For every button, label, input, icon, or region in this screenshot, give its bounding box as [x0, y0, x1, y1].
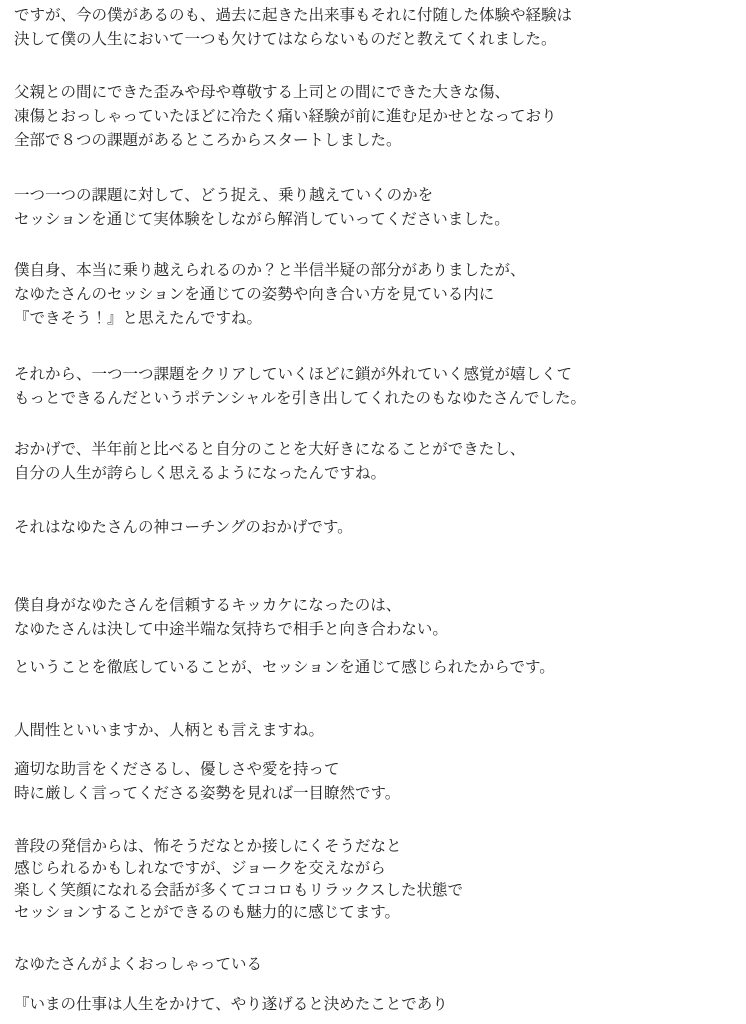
text-line: 一つ一つの課題に対して、どう捉え、乗り越えていくのかを [14, 184, 726, 208]
text-line: 時に厳しく言ってくださる姿勢を見れば一目瞭然です。 [14, 782, 726, 806]
text-line: なゆたさんがよくおっしゃっている [14, 953, 726, 977]
testimonial-document: ですが、今の僕があるのも、過去に起きた出来事もそれに付随した体験や経験は決して僕… [0, 0, 746, 1024]
text-line: 普段の発信からは、怖そうだなとか接しにくそうだなと [14, 836, 726, 858]
paragraph: 人間性といいますか、人柄とも言えますね。 [14, 719, 726, 743]
paragraph: おかげで、半年前と比べると自分のことを大好きになることができたし、自分の人生が誇… [14, 438, 726, 486]
text-line: おかげで、半年前と比べると自分のことを大好きになることができたし、 [14, 438, 726, 462]
text-line: ですが、今の僕があるのも、過去に起きた出来事もそれに付随した体験や経験は [14, 4, 726, 28]
text-line: 楽しく笑顔になれる会話が多くてココロもリラックスした状態で [14, 880, 726, 902]
text-line: 人間性といいますか、人柄とも言えますね。 [14, 719, 726, 743]
text-line: もっとできるんだというポテンシャルを引き出してくれたのもなゆたさんでした。 [14, 387, 726, 411]
paragraph: 僕自身、本当に乗り越えられるのか？と半信半疑の部分がありましたが、なゆたさんのセ… [14, 259, 726, 331]
paragraph-list: ですが、今の僕があるのも、過去に起きた出来事もそれに付随した体験や経験は決して僕… [14, 4, 726, 1017]
text-line: 感じられるかもしれなですが、ジョークを交えながら [14, 858, 726, 880]
text-line: なゆたさんは決して中途半端な気持ちで相手と向き合わない。 [14, 618, 726, 642]
text-line: セッションを通じて実体験をしながら解消していってくださいました。 [14, 208, 726, 232]
text-line: 凍傷とおっしゃっていたほどに冷たく痛い経験が前に進む足かせとなっており [14, 105, 726, 129]
paragraph: 普段の発信からは、怖そうだなとか接しにくそうだなと感じられるかもしれなですが、ジ… [14, 836, 726, 924]
text-line: 僕自身、本当に乗り越えられるのか？と半信半疑の部分がありましたが、 [14, 259, 726, 283]
paragraph: 『いまの仕事は人生をかけて、やり遂げると決めたことであり [14, 993, 726, 1017]
text-line: なゆたさんのセッションを通じての姿勢や向き合い方を見ている内に [14, 283, 726, 307]
text-line: 適切な助言をくださるし、優しさや愛を持って [14, 758, 726, 782]
paragraph: 一つ一つの課題に対して、どう捉え、乗り越えていくのかをセッションを通じて実体験を… [14, 184, 726, 232]
text-line: それから、一つ一つ課題をクリアしていくほどに鎖が外れていく感覚が嬉しくて [14, 363, 726, 387]
paragraph: 僕自身がなゆたさんを信頼するキッカケになったのは、なゆたさんは決して中途半端な気… [14, 594, 726, 642]
text-line: 全部で８つの課題があるところからスタートしました。 [14, 129, 726, 153]
text-line: それはなゆたさんの神コーチングのおかげです。 [14, 516, 726, 540]
paragraph: なゆたさんがよくおっしゃっている [14, 953, 726, 977]
paragraph: それはなゆたさんの神コーチングのおかげです。 [14, 516, 726, 540]
paragraph: 適切な助言をくださるし、優しさや愛を持って時に厳しく言ってくださる姿勢を見れば一… [14, 758, 726, 806]
text-line: 『できそう！』と思えたんですね。 [14, 307, 726, 331]
paragraph: それから、一つ一つ課題をクリアしていくほどに鎖が外れていく感覚が嬉しくてもっとで… [14, 363, 726, 411]
text-line: 『いまの仕事は人生をかけて、やり遂げると決めたことであり [14, 993, 726, 1017]
text-line: セッションすることができるのも魅力的に感じてます。 [14, 902, 726, 924]
paragraph: ですが、今の僕があるのも、過去に起きた出来事もそれに付随した体験や経験は決して僕… [14, 4, 726, 52]
text-line: 自分の人生が誇らしく思えるようになったんですね。 [14, 462, 726, 486]
paragraph: ということを徹底していることが、セッションを通じて感じられたからです。 [14, 656, 726, 680]
text-line: 決して僕の人生において一つも欠けてはならないものだと教えてくれました。 [14, 28, 726, 52]
text-line: ということを徹底していることが、セッションを通じて感じられたからです。 [14, 656, 726, 680]
paragraph: 父親との間にできた歪みや母や尊敬する上司との間にできた大きな傷、凍傷とおっしゃっ… [14, 81, 726, 153]
text-line: 僕自身がなゆたさんを信頼するキッカケになったのは、 [14, 594, 726, 618]
text-line: 父親との間にできた歪みや母や尊敬する上司との間にできた大きな傷、 [14, 81, 726, 105]
